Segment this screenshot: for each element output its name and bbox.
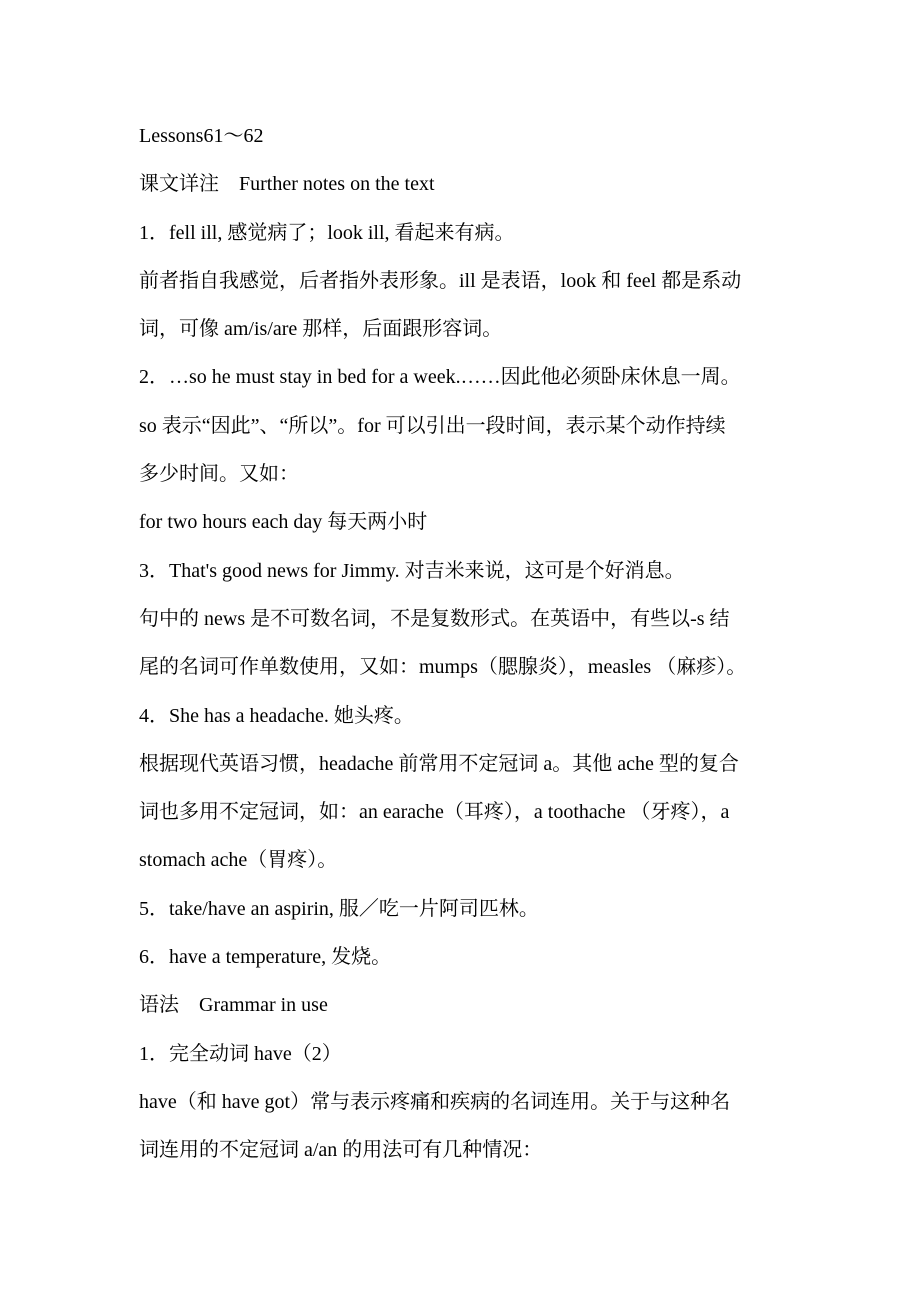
document-page: Lessons61～62 课文详注 Further notes on the t… (139, 118, 789, 1181)
section-heading-notes: 课文详注 Further notes on the text (139, 166, 789, 214)
section-heading-grammar: 语法 Grammar in use (139, 987, 789, 1035)
grammar-1-title: 1．完全动词 have（2） (139, 1036, 789, 1084)
note-1-title: 1．fell ill, 感觉病了；look ill, 看起来有病。 (139, 215, 789, 263)
note-1-text: 词，可像 am/is/are 那样，后面跟形容词。 (139, 311, 789, 359)
note-3-text: 句中的 news 是不可数名词，不是复数形式。在英语中，有些以-s 结 (139, 601, 789, 649)
grammar-1-text: 词连用的不定冠词 a/an 的用法可有几种情况： (139, 1132, 789, 1180)
note-2-text: 多少时间。又如： (139, 456, 789, 504)
note-1-text: 前者指自我感觉，后者指外表形象。ill 是表语，look 和 feel 都是系动 (139, 263, 789, 311)
note-2-text: so 表示“因此”、“所以”。for 可以引出一段时间，表示某个动作持续 (139, 408, 789, 456)
note-4-text: stomach ache（胃疼）。 (139, 842, 789, 890)
note-3-text: 尾的名词可作单数使用，又如：mumps（腮腺炎），measles （麻疹）。 (139, 649, 789, 697)
note-5-title: 5．take/have an aspirin, 服／吃一片阿司匹林。 (139, 891, 789, 939)
note-6-title: 6．have a temperature, 发烧。 (139, 939, 789, 987)
note-4-text: 根据现代英语习惯，headache 前常用不定冠词 a。其他 ache 型的复合 (139, 746, 789, 794)
note-4-title: 4．She has a headache. 她头疼。 (139, 698, 789, 746)
grammar-1-text: have（和 have got）常与表示疼痛和疾病的名词连用。关于与这种名 (139, 1084, 789, 1132)
document-title: Lessons61～62 (139, 118, 789, 166)
note-3-title: 3．That's good news for Jimmy. 对吉米来说，这可是个… (139, 553, 789, 601)
note-2-title: 2．…so he must stay in bed for a week.……因… (139, 359, 789, 407)
note-4-text: 词也多用不定冠词，如：an earache（耳疼），a toothache （牙… (139, 794, 789, 842)
note-2-example: for two hours each day 每天两小时 (139, 504, 789, 552)
